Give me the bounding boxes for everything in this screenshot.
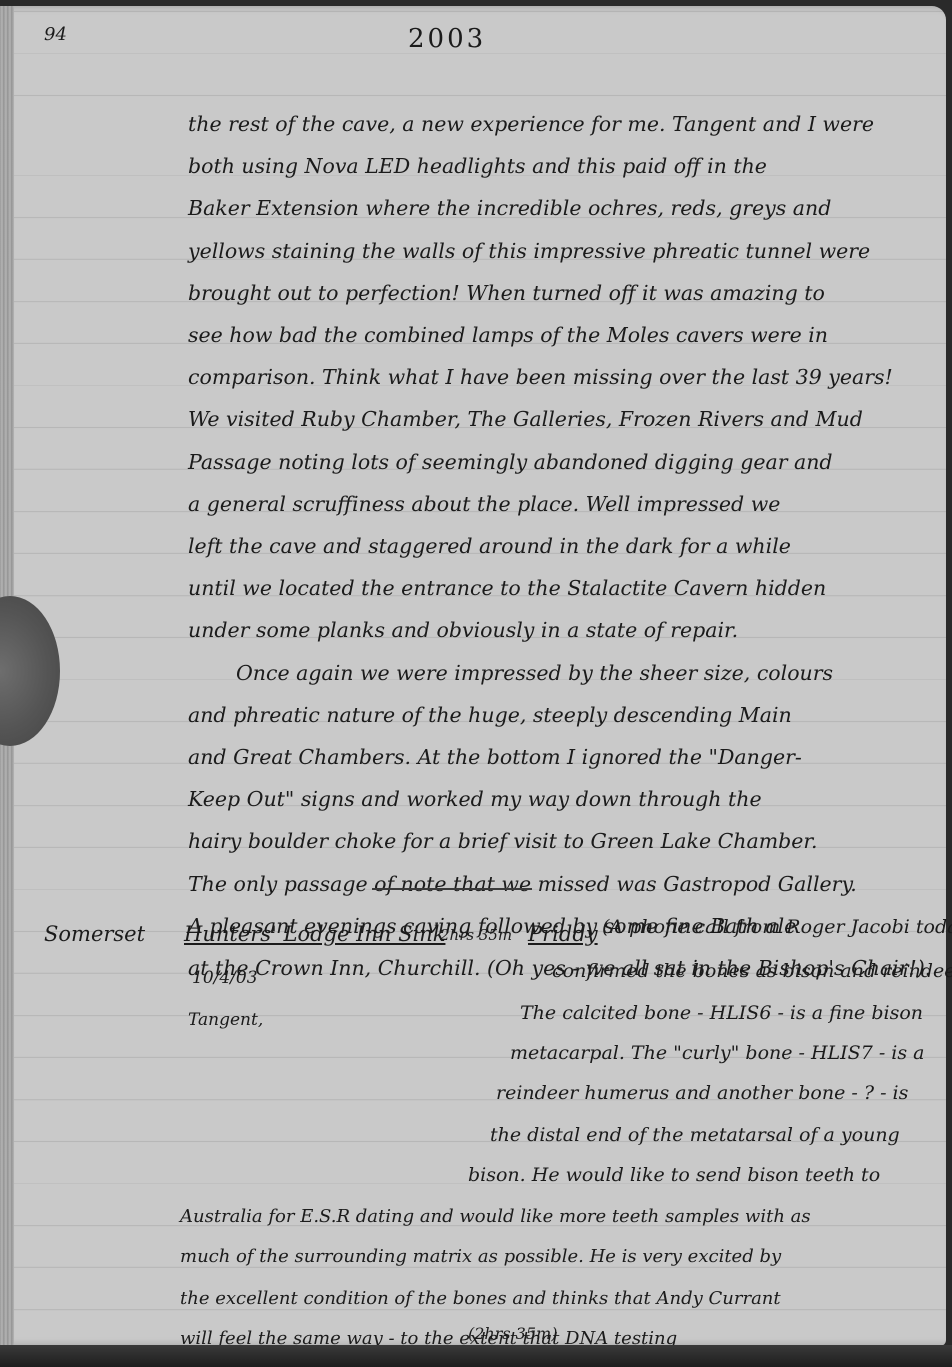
narrative-line: both using Nova LED headlights and this … — [188, 156, 933, 177]
page-edge-shadow — [0, 1345, 952, 1367]
notebook-page: 94 2003 the rest of the cave, a new expe… — [0, 6, 946, 1346]
entry-note-line: metacarpal. The "curly" bone - HLIS7 - i… — [510, 1042, 924, 1064]
thumb-holding-page — [0, 596, 60, 746]
narrative-line: and Great Chambers. At the bottom I igno… — [188, 747, 933, 768]
narrative-line: and phreatic nature of the huge, steeply… — [188, 705, 933, 726]
entry-total-time: (2hrs 35m) — [468, 1324, 557, 1343]
entry-duration: 2hrs 35m — [440, 926, 512, 944]
entry-note-line: The calcited bone - HLIS6 - is a fine bi… — [520, 1002, 923, 1024]
entry-note-line: bison. He would like to send bison teeth… — [468, 1164, 880, 1186]
entry-note-line: much of the surrounding matrix as possib… — [180, 1246, 781, 1267]
section-divider — [372, 888, 532, 890]
narrative-line: Keep Out" signs and worked my way down t… — [188, 789, 933, 810]
entry-note-line: reindeer humerus and another bone - ? - … — [496, 1082, 908, 1104]
entry-place: Priddy — [528, 922, 598, 946]
page-number: 94 — [44, 24, 67, 45]
entry-companions: Tangent, — [188, 1010, 263, 1030]
entry-note-line: (A phone call from Roger Jacobi today — [602, 916, 952, 938]
entry-note-line: the excellent condition of the bones and… — [180, 1288, 781, 1309]
entry-note-line: confirmed the bones as bison and reindee… — [552, 960, 952, 982]
narrative-line: a general scruffiness about the place. W… — [188, 494, 933, 515]
narrative-line: Passage noting lots of seemingly abandon… — [188, 452, 933, 473]
narrative-line: The only passage of note that we missed … — [188, 874, 933, 895]
narrative-line: brought out to perfection! When turned o… — [188, 283, 933, 304]
narrative-line: Once again we were impressed by the shee… — [236, 663, 952, 684]
narrative-line: comparison. Think what I have been missi… — [188, 367, 933, 388]
narrative-line: until we located the entrance to the Sta… — [188, 578, 933, 599]
entry-county: Somerset — [44, 922, 145, 946]
page-year-heading: 2003 — [408, 24, 486, 54]
narrative-line: yellows staining the walls of this impre… — [188, 241, 933, 262]
narrative-line: Baker Extension where the incredible och… — [188, 198, 933, 219]
narrative-line: left the cave and staggered around in th… — [188, 536, 933, 557]
entry-date: 10/4/03 — [192, 968, 258, 988]
entry-cave-name: Hunters' Lodge Inn Sink — [184, 922, 445, 946]
narrative-line: We visited Ruby Chamber, The Galleries, … — [188, 409, 933, 430]
narrative-line: the rest of the cave, a new experience f… — [188, 114, 933, 135]
entry-note-line: Australia for E.S.R dating and would lik… — [180, 1206, 811, 1227]
narrative-line: under some planks and obviously in a sta… — [188, 620, 933, 641]
entry-note-line: the distal end of the metatarsal of a yo… — [490, 1124, 900, 1146]
narrative-line: see how bad the combined lamps of the Mo… — [188, 325, 933, 346]
narrative-line: hairy boulder choke for a brief visit to… — [188, 831, 933, 852]
